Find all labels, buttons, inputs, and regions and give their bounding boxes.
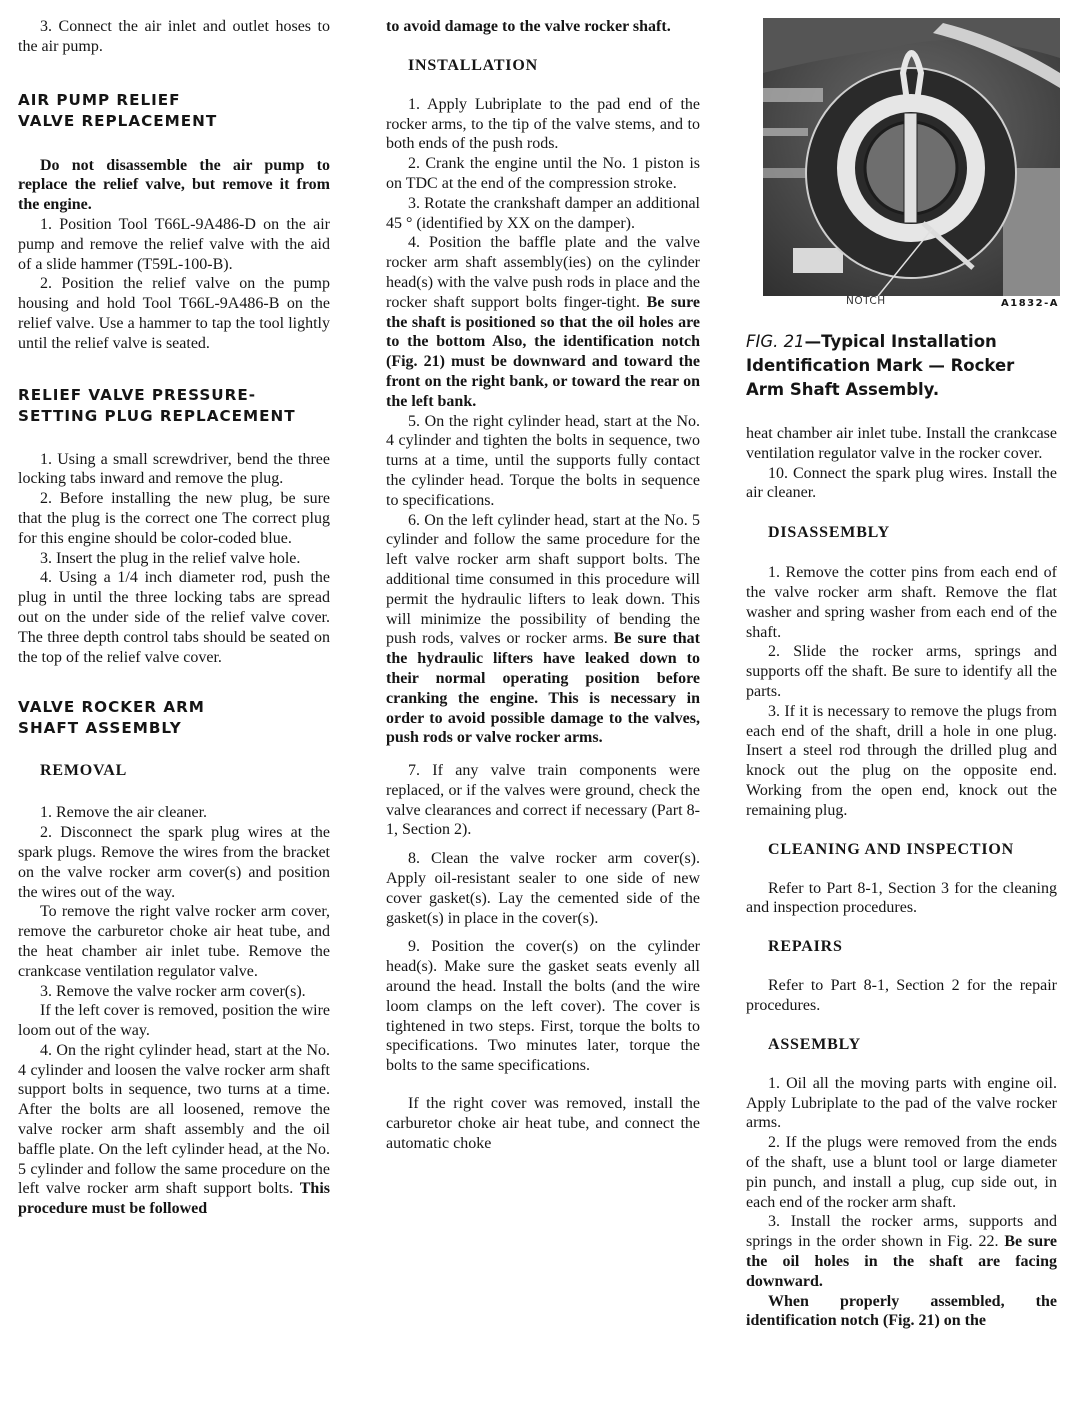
removal-step-4-continued: to avoid damage to the valve rocker shaf…: [386, 17, 700, 37]
installation-step-9: 9. Position the cover(s) on the cylinder…: [386, 937, 700, 1076]
installation-right-cover-note: If the right cover was removed, install …: [386, 1094, 700, 1153]
cleaning-text: Refer to Part 8-1, Section 3 for the cle…: [746, 879, 1057, 919]
subheading-cleaning-inspection: CLEANING AND INSPECTION: [746, 840, 1057, 860]
plug-step-2: 2. Before installing the new plug, be su…: [18, 489, 330, 548]
heading-valve-rocker-arm-shaft: VALVE ROCKER ARM SHAFT ASSEMBLY: [18, 697, 330, 739]
subheading-repairs: REPAIRS: [746, 937, 1057, 957]
subheading-disassembly: DISASSEMBLY: [746, 523, 1057, 543]
disassembly-step-1: 1. Remove the cotter pins from each end …: [746, 563, 1057, 642]
relief-valve-warning: Do not disassemble the air pump to repla…: [18, 156, 330, 215]
disassembly-step-2: 2. Slide the rocker arms, springs and su…: [746, 642, 1057, 701]
plug-step-1: 1. Using a small screwdriver, bend the t…: [18, 450, 330, 490]
heading-air-pump-relief-valve: AIR PUMP RELIEF VALVE REPLACEMENT: [18, 90, 330, 132]
installation-step-10: 10. Connect the spark plug wires. Instal…: [746, 464, 1057, 504]
relief-valve-step-1: 1. Position Tool T66L-9A486-D on the air…: [18, 215, 330, 274]
column-2: to avoid damage to the valve rocker shaf…: [386, 17, 700, 1153]
removal-step-4: 4. On the right cylinder head, start at …: [18, 1041, 330, 1219]
installation-step-5: 5. On the right cylinder head, start at …: [386, 412, 700, 511]
figure-id: A1832-A: [1001, 298, 1059, 309]
assembly-step-4: When properly assembled, the identificat…: [746, 1292, 1057, 1332]
removal-step-1: 1. Remove the air cleaner.: [18, 803, 330, 823]
removal-step-2: 2. Disconnect the spark plug wires at th…: [18, 823, 330, 902]
installation-step-7: 7. If any valve train components were re…: [386, 761, 700, 840]
assembly-step-2: 2. If the plugs were removed from the en…: [746, 1133, 1057, 1212]
relief-valve-step-2: 2. Position the relief valve on the pump…: [18, 274, 330, 353]
rocker-arm-shaft-photo: [763, 18, 1060, 296]
removal-right-cover-note: To remove the right valve rocker arm cov…: [18, 902, 330, 981]
notch-label: NOTCH: [846, 295, 886, 307]
subheading-removal: REMOVAL: [18, 761, 330, 781]
rocker-shaft-notch-illustration: [763, 18, 1060, 296]
assembly-step-1: 1. Oil all the moving parts with engine …: [746, 1074, 1057, 1133]
installation-step-3: 3. Rotate the crankshaft damper an addit…: [386, 194, 700, 234]
figure-21: NOTCH A1832-A: [750, 0, 1052, 310]
figure-caption: FIG. 21—Typical Installation Identificat…: [746, 330, 1057, 402]
air-pump-step-3: 3. Connect the air inlet and outlet hose…: [18, 17, 330, 57]
right-cover-continued: heat chamber air inlet tube. Install the…: [746, 424, 1057, 464]
installation-step-6: 6. On the left cylinder head, start at t…: [386, 511, 700, 749]
installation-step-1: 1. Apply Lubriplate to the pad end of th…: [386, 95, 700, 154]
plug-step-3: 3. Insert the plug in the relief valve h…: [18, 549, 330, 569]
figure-number: FIG. 21: [746, 332, 805, 351]
installation-step-8: 8. Clean the valve rocker arm cover(s). …: [386, 849, 700, 928]
plug-step-4: 4. Using a 1/4 inch diameter rod, push t…: [18, 568, 330, 667]
column-1: 3. Connect the air inlet and outlet hose…: [18, 17, 330, 1219]
subheading-assembly: ASSEMBLY: [746, 1035, 1057, 1055]
disassembly-step-3: 3. If it is necessary to remove the plug…: [746, 702, 1057, 821]
assembly-step-3: 3. Install the rocker arms, supports and…: [746, 1212, 1057, 1291]
removal-step-3: 3. Remove the valve rocker arm cover(s).: [18, 982, 330, 1002]
subheading-installation: INSTALLATION: [386, 56, 700, 76]
column-3: NOTCH A1832-A FIG. 21—Typical Installati…: [746, 0, 1057, 1331]
heading-pressure-setting-plug: RELIEF VALVE PRESSURE- SETTING PLUG REPL…: [18, 385, 330, 427]
installation-step-4: 4. Position the baffle plate and the val…: [386, 233, 700, 411]
repairs-text: Refer to Part 8-1, Section 2 for the rep…: [746, 976, 1057, 1016]
installation-step-2: 2. Crank the engine until the No. 1 pist…: [386, 154, 700, 194]
removal-left-cover-note: If the left cover is removed, position t…: [18, 1001, 330, 1041]
